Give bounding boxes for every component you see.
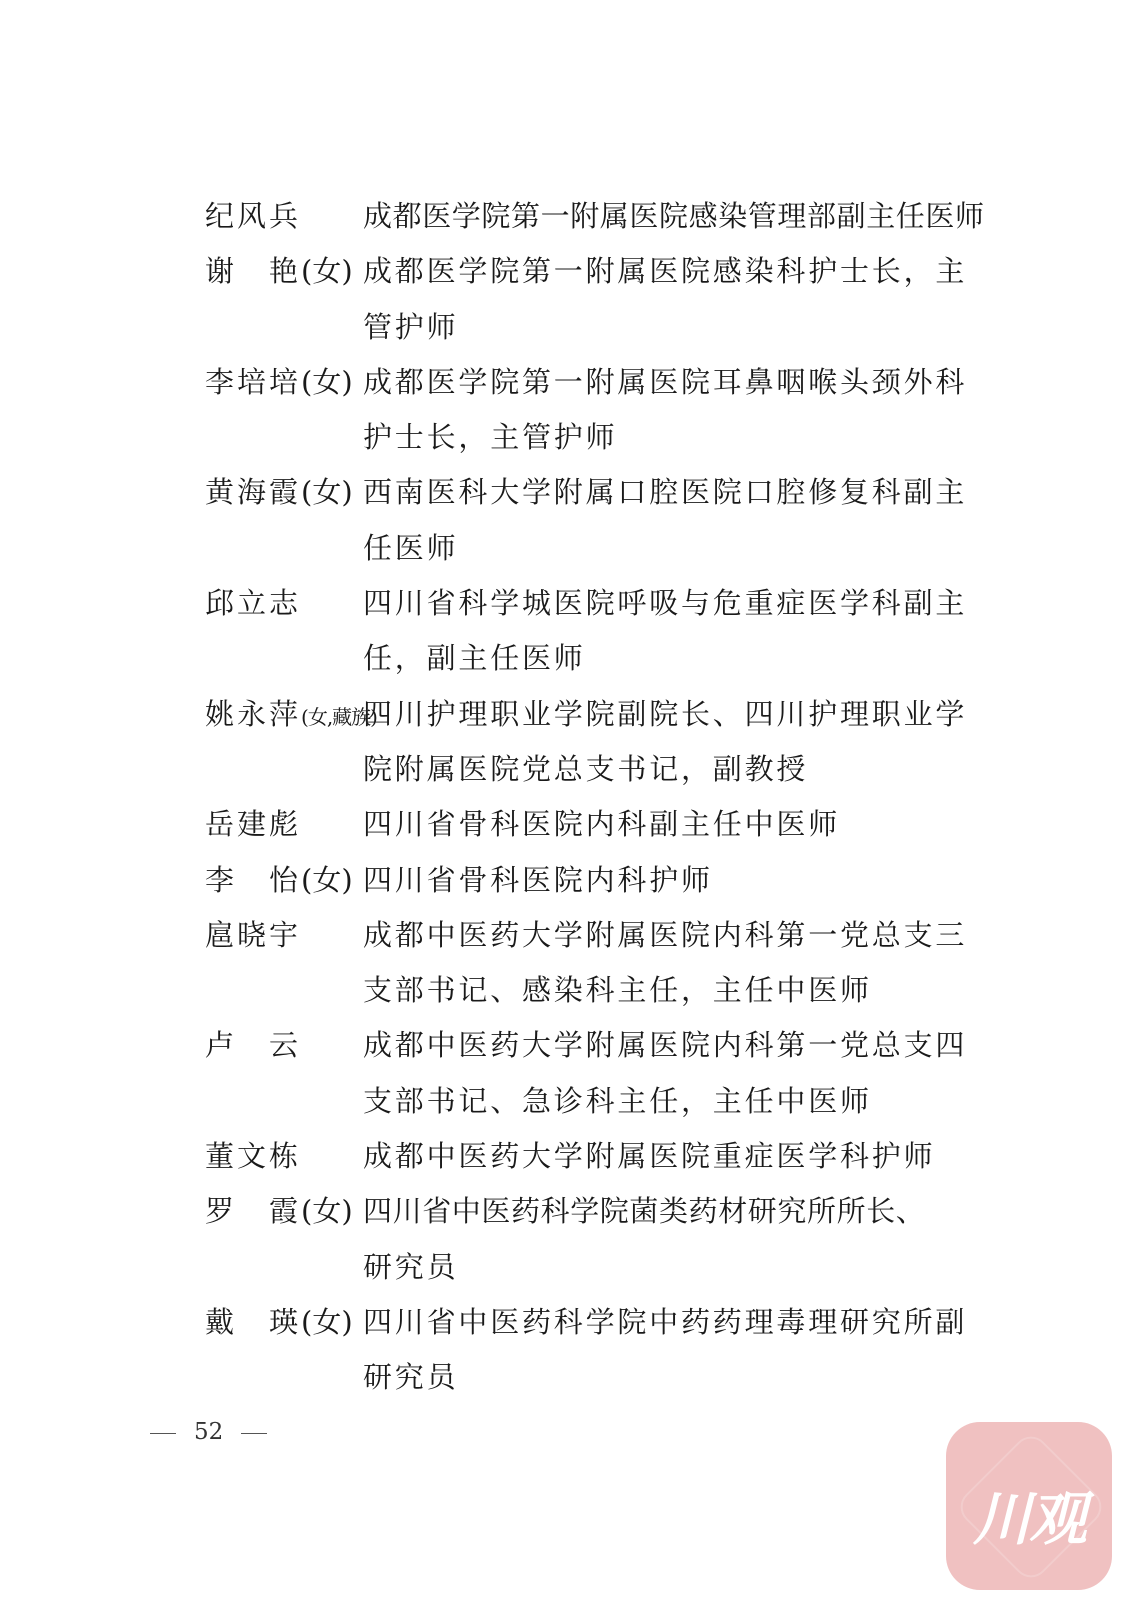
roster-entry: 谢 艳(女) 成都医学院第一附属医院感染科护士长，主 管护师 (205, 244, 985, 355)
person-title: 西南医科大学附属口腔医院口腔修复科副主 (363, 465, 967, 520)
roster-entry: 姚永萍(女,藏族) 四川护理职业学院副院长、四川护理职业学 院附属医院党总支书记… (205, 687, 985, 798)
person-title-continued: 管护师 (363, 300, 458, 355)
roster-entry: 罗 霞(女) 四川省中医药科学院菌类药材研究所所长、 研究员 (205, 1184, 985, 1295)
watermark-text: 川观 (946, 1472, 1112, 1556)
document-page: 纪风兵 成都医学院第一附属医院感染管理部副主任医师 谢 艳(女) 成都医学院第一… (0, 0, 1124, 1600)
person-title: 四川护理职业学院副院长、四川护理职业学 (363, 687, 967, 742)
roster-entry: 纪风兵 成都医学院第一附属医院感染管理部副主任医师 (205, 189, 985, 244)
person-title: 成都中医药大学附属医院重症医学科护师 (363, 1129, 935, 1184)
roster-entry: 李培培(女) 成都医学院第一附属医院耳鼻咽喉头颈外科 护士长，主管护师 (205, 355, 985, 466)
person-title-continued: 院附属医院党总支书记，副教授 (363, 742, 808, 797)
roster-entry: 黄海霞(女) 西南医科大学附属口腔医院口腔修复科副主 任医师 (205, 465, 985, 576)
person-title: 四川省中医药科学院中药药理毒理研究所副 (363, 1295, 967, 1350)
person-name: 卢 云 (205, 1018, 363, 1073)
roster-entry: 扈晓宇 成都中医药大学附属医院内科第一党总支三 支部书记、感染科主任，主任中医师 (205, 908, 985, 1019)
person-title-continued: 研究员 (363, 1350, 458, 1405)
person-title-continued: 支部书记、急诊科主任，主任中医师 (363, 1074, 872, 1129)
personnel-roster: 纪风兵 成都医学院第一附属医院感染管理部副主任医师 谢 艳(女) 成都医学院第一… (205, 189, 985, 1406)
person-name: 戴 瑛(女) (205, 1295, 363, 1350)
person-name: 纪风兵 (205, 189, 363, 244)
person-name: 谢 艳(女) (205, 244, 363, 299)
person-name: 李 怡(女) (205, 853, 363, 908)
person-title: 成都医学院第一附属医院耳鼻咽喉头颈外科 (363, 355, 967, 410)
person-title-continued: 任，副主任医师 (363, 631, 586, 686)
roster-entry: 邱立志 四川省科学城医院呼吸与危重症医学科副主 任，副主任医师 (205, 576, 985, 687)
person-title: 成都医学院第一附属医院感染管理部副主任医师 (363, 189, 985, 244)
roster-entry: 戴 瑛(女) 四川省中医药科学院中药药理毒理研究所副 研究员 (205, 1295, 985, 1406)
person-title-continued: 支部书记、感染科主任，主任中医师 (363, 963, 872, 1018)
person-title: 四川省中医药科学院菌类药材研究所所长、 (363, 1184, 925, 1239)
dash-right (241, 1433, 267, 1434)
person-name: 李培培(女) (205, 355, 363, 410)
person-name: 姚永萍(女,藏族) (205, 687, 363, 745)
roster-entry: 李 怡(女) 四川省骨科医院内科护师 (205, 853, 985, 908)
person-name: 罗 霞(女) (205, 1184, 363, 1239)
dash-left (150, 1433, 176, 1434)
person-name: 岳建彪 (205, 797, 363, 852)
roster-entry: 卢 云 成都中医药大学附属医院内科第一党总支四 支部书记、急诊科主任，主任中医师 (205, 1018, 985, 1129)
person-title: 成都中医药大学附属医院内科第一党总支四 (363, 1018, 967, 1073)
person-title: 成都中医药大学附属医院内科第一党总支三 (363, 908, 967, 963)
roster-entry: 董文栋 成都中医药大学附属医院重症医学科护师 (205, 1129, 985, 1184)
roster-entry: 岳建彪 四川省骨科医院内科副主任中医师 (205, 797, 985, 852)
person-title-continued: 任医师 (363, 521, 458, 576)
person-title-continued: 护士长，主管护师 (363, 410, 617, 465)
page-number: 52 (150, 1416, 267, 1448)
person-name: 黄海霞(女) (205, 465, 363, 520)
person-name: 邱立志 (205, 576, 363, 631)
person-title: 四川省骨科医院内科副主任中医师 (363, 797, 840, 852)
chuanguan-watermark-logo: 川观 (946, 1422, 1112, 1590)
person-title: 四川省骨科医院内科护师 (363, 853, 713, 908)
person-name: 扈晓宇 (205, 908, 363, 963)
person-title: 成都医学院第一附属医院感染科护士长，主 (363, 244, 967, 299)
person-title-continued: 研究员 (363, 1240, 458, 1295)
person-title: 四川省科学城医院呼吸与危重症医学科副主 (363, 576, 967, 631)
person-name: 董文栋 (205, 1129, 363, 1184)
